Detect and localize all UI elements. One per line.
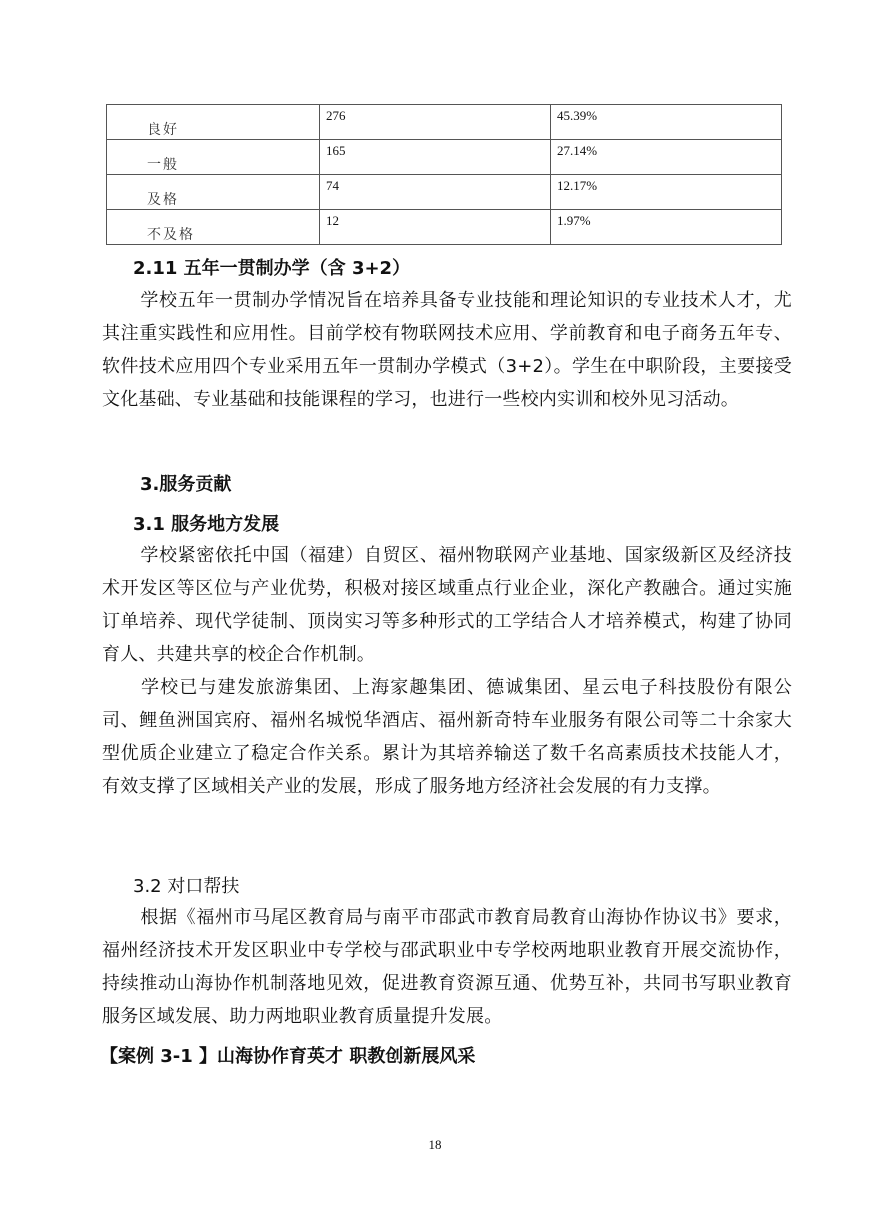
grade-level: 不及格	[107, 210, 319, 244]
grade-count: 74	[320, 175, 550, 194]
paragraph-text: 学校五年一贯制办学情况旨在培养具备专业技能和理论知识的专业技术人才，尤其注重实践…	[102, 290, 792, 410]
grade-level: 一般	[107, 140, 319, 174]
page-number: 18	[0, 1137, 870, 1153]
paragraph-text: 根据《福州市马尾区教育局与南平市邵武市教育局教育山海协作协议书》要求，福州经济技…	[102, 907, 792, 1027]
section-3-heading: 3.服务贡献	[140, 470, 231, 496]
section-3-2-heading: 3.2 对口帮扶	[133, 872, 239, 898]
section-3-1-paragraph-1: 学校紧密依托中国（福建）自贸区、福州物联网产业基地、国家级新区及经济技术开发区等…	[102, 539, 792, 671]
table-row: 良好 276 45.39%	[107, 105, 782, 140]
grade-count: 12	[320, 210, 550, 229]
grade-count: 276	[320, 105, 550, 124]
grade-percent: 45.39%	[551, 105, 781, 124]
case-title: 【案例 3-1 】山海协作育英才 职教创新展风采	[100, 1042, 475, 1068]
grade-percent: 12.17%	[551, 175, 781, 194]
grade-percent: 1.97%	[551, 210, 781, 229]
table-row: 及格 74 12.17%	[107, 175, 782, 210]
grade-distribution-table: 良好 276 45.39% 一般 165 27.14% 及格 74 12.17%…	[106, 104, 782, 245]
grade-count: 165	[320, 140, 550, 159]
table-row: 一般 165 27.14%	[107, 140, 782, 175]
section-2-11-paragraph: 学校五年一贯制办学情况旨在培养具备专业技能和理论知识的专业技术人才，尤其注重实践…	[102, 284, 792, 449]
grade-level: 良好	[107, 105, 319, 139]
grade-level: 及格	[107, 175, 319, 209]
section-3-1-heading: 3.1 服务地方发展	[133, 510, 279, 536]
paragraph-text: 学校已与建发旅游集团、上海家趣集团、德诚集团、星云电子科技股份有限公司、鲤鱼洲国…	[102, 677, 792, 797]
section-3-1-paragraph-2: 学校已与建发旅游集团、上海家趣集团、德诚集团、星云电子科技股份有限公司、鲤鱼洲国…	[102, 671, 792, 803]
grade-percent: 27.14%	[551, 140, 781, 159]
section-3-2-paragraph: 根据《福州市马尾区教育局与南平市邵武市教育局教育山海协作协议书》要求，福州经济技…	[102, 901, 792, 1033]
table-row: 不及格 12 1.97%	[107, 210, 782, 245]
section-2-11-heading: 2.11 五年一贯制办学（含 3+2）	[133, 254, 410, 280]
paragraph-text: 学校紧密依托中国（福建）自贸区、福州物联网产业基地、国家级新区及经济技术开发区等…	[102, 545, 792, 665]
